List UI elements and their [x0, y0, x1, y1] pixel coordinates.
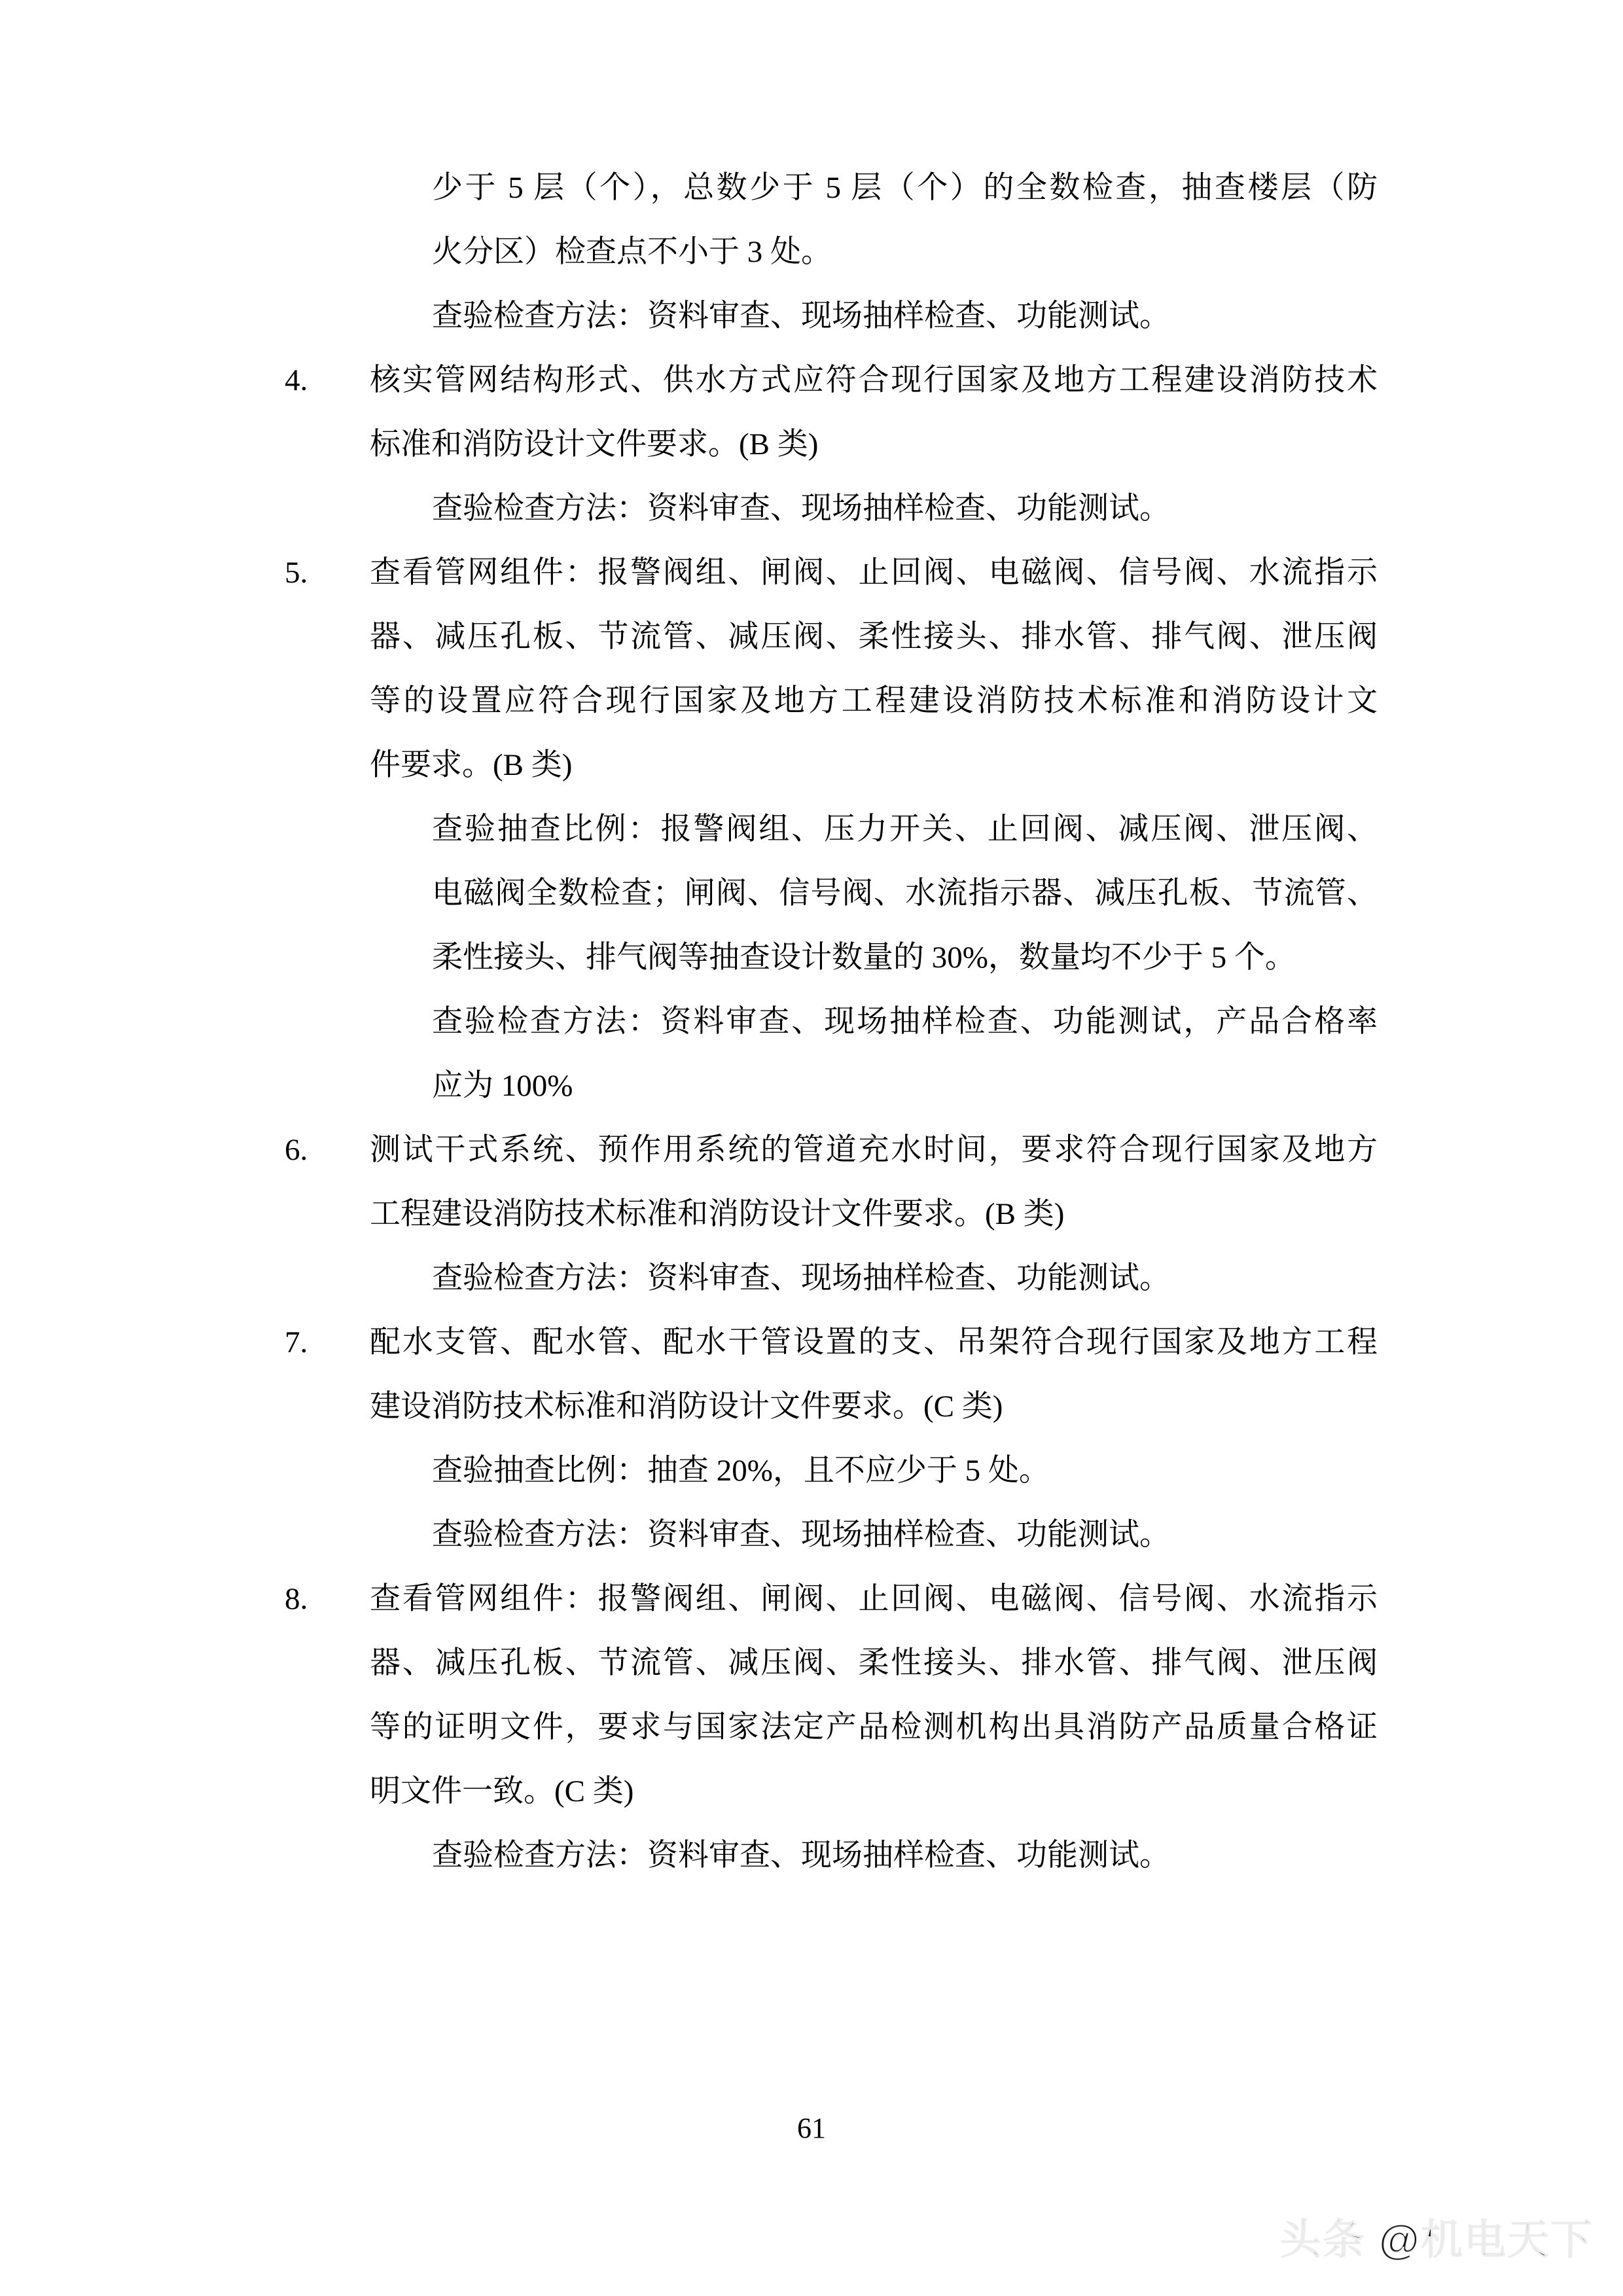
- page-number: 61: [0, 2109, 1623, 2148]
- list-item-4: 4.核实管网结构形式、供水方式应符合现行国家及地方工程建设消防技术标准和消防设计…: [0, 348, 1623, 476]
- paragraph-lines: 查验抽查比例：抽查 20%，且不应少于 5 处。: [432, 1439, 1378, 1503]
- text-line: 等的证明文件，要求与国家法定产品检测机构出具消防产品质量合格证: [370, 1695, 1378, 1759]
- watermark-text: 头条 @机电天下: [1279, 2214, 1594, 2266]
- inspection-method: 查验检查方法：资料审查、现场抽样检查、功能测试。: [0, 1246, 1623, 1310]
- sampling-ratio: 查验抽查比例：报警阀组、压力开关、止回阀、减压阀、泄压阀、电磁阀全数检查；闸阀、…: [0, 797, 1623, 990]
- inspection-method: 查验检查方法：资料审查、现场抽样检查、功能测试，产品合格率应为 100%: [0, 990, 1623, 1118]
- list-item-6: 6.测试干式系统、预作用系统的管道充水时间，要求符合现行国家及地方工程建设消防技…: [0, 1118, 1623, 1246]
- text-line: 查验抽查比例：抽查 20%，且不应少于 5 处。: [432, 1439, 1378, 1503]
- inspection-method: 查验检查方法：资料审查、现场抽样检查、功能测试。: [0, 1823, 1623, 1888]
- text-line: 明文件一致。(C 类): [370, 1759, 1378, 1823]
- text-line: 件要求。(B 类): [370, 733, 1378, 797]
- text-line: 查看管网组件：报警阀组、闸阀、止回阀、电磁阀、信号阀、水流指示: [370, 1567, 1378, 1631]
- paragraph-lines: 查验检查方法：资料审查、现场抽样检查、功能测试。: [432, 1503, 1378, 1567]
- text-line: 器、减压孔板、节流管、减压阀、柔性接头、排水管、排气阀、泄压阀: [370, 605, 1378, 669]
- text-line: 查验检查方法：资料审查、现场抽样检查、功能测试。: [432, 476, 1378, 541]
- item-number: 8.: [285, 1567, 308, 1631]
- paragraph-lines: 查看管网组件：报警阀组、闸阀、止回阀、电磁阀、信号阀、水流指示器、减压孔板、节流…: [370, 1567, 1378, 1823]
- list-item-5: 5.查看管网组件：报警阀组、闸阀、止回阀、电磁阀、信号阀、水流指示器、减压孔板、…: [0, 541, 1623, 797]
- text-line: 查验检查方法：资料审查、现场抽样检查、功能测试。: [432, 284, 1378, 348]
- paragraph-lines: 查验检查方法：资料审查、现场抽样检查、功能测试。: [432, 1246, 1378, 1310]
- text-line: 等的设置应符合现行国家及地方工程建设消防技术标准和消防设计文: [370, 669, 1378, 733]
- item-number: 6.: [285, 1118, 308, 1182]
- document-page: 少于 5 层（个），总数少于 5 层（个）的全数检查，抽查楼层（防火分区）检查点…: [0, 0, 1623, 2296]
- text-line: 查看管网组件：报警阀组、闸阀、止回阀、电磁阀、信号阀、水流指示: [370, 541, 1378, 605]
- text-line: 少于 5 层（个），总数少于 5 层（个）的全数检查，抽查楼层（防: [432, 156, 1378, 220]
- paragraph-lines: 查验检查方法：资料审查、现场抽样检查、功能测试，产品合格率应为 100%: [432, 990, 1378, 1118]
- paragraph-lines: 查看管网组件：报警阀组、闸阀、止回阀、电磁阀、信号阀、水流指示器、减压孔板、节流…: [370, 541, 1378, 797]
- text-line: 柔性接头、排气阀等抽查设计数量的 30%，数量均不少于 5 个。: [432, 925, 1378, 990]
- sampling-ratio: 查验抽查比例：抽查 20%，且不应少于 5 处。: [0, 1439, 1623, 1503]
- inspection-method: 查验检查方法：资料审查、现场抽样检查、功能测试。: [0, 1503, 1623, 1567]
- text-line: 电磁阀全数检查；闸阀、信号阀、水流指示器、减压孔板、节流管、: [432, 861, 1378, 925]
- text-line: 应为 100%: [432, 1054, 1378, 1118]
- text-line: 查验检查方法：资料审查、现场抽样检查、功能测试。: [432, 1246, 1378, 1310]
- paragraph-lines: 查验检查方法：资料审查、现场抽样检查、功能测试。: [432, 284, 1378, 348]
- paragraph-lines: 查验抽查比例：报警阀组、压力开关、止回阀、减压阀、泄压阀、电磁阀全数检查；闸阀、…: [432, 797, 1378, 990]
- text-line: 火分区）检查点不小于 3 处。: [432, 220, 1378, 284]
- text-line: 查验检查方法：资料审查、现场抽样检查、功能测试，产品合格率: [432, 990, 1378, 1054]
- text-line: 查验抽查比例：报警阀组、压力开关、止回阀、减压阀、泄压阀、: [432, 797, 1378, 861]
- text-line: 工程建设消防技术标准和消防设计文件要求。(B 类): [370, 1182, 1378, 1246]
- text-line: 标准和消防设计文件要求。(B 类): [370, 412, 1378, 476]
- list-item-8: 8.查看管网组件：报警阀组、闸阀、止回阀、电磁阀、信号阀、水流指示器、减压孔板、…: [0, 1567, 1623, 1823]
- inspection-method: 查验检查方法：资料审查、现场抽样检查、功能测试。: [0, 476, 1623, 541]
- text-line: 核实管网结构形式、供水方式应符合现行国家及地方工程建设消防技术: [370, 348, 1378, 412]
- item-number: 4.: [285, 348, 308, 412]
- text-line: 测试干式系统、预作用系统的管道充水时间，要求符合现行国家及地方: [370, 1118, 1378, 1182]
- text-line: 器、减压孔板、节流管、减压阀、柔性接头、排水管、排气阀、泄压阀: [370, 1631, 1378, 1695]
- text-line: 查验检查方法：资料审查、现场抽样检查、功能测试。: [432, 1823, 1378, 1888]
- sub-clause-continuation: 少于 5 层（个），总数少于 5 层（个）的全数检查，抽查楼层（防火分区）检查点…: [0, 156, 1623, 284]
- paragraph-lines: 测试干式系统、预作用系统的管道充水时间，要求符合现行国家及地方工程建设消防技术标…: [370, 1118, 1378, 1246]
- item-number: 7.: [285, 1310, 308, 1374]
- list-item-7: 7.配水支管、配水管、配水干管设置的支、吊架符合现行国家及地方工程建设消防技术标…: [0, 1310, 1623, 1439]
- paragraph-lines: 查验检查方法：资料审查、现场抽样检查、功能测试。: [432, 476, 1378, 541]
- paragraph-lines: 少于 5 层（个），总数少于 5 层（个）的全数检查，抽查楼层（防火分区）检查点…: [432, 156, 1378, 284]
- item-number: 5.: [285, 541, 308, 605]
- paragraph-lines: 查验检查方法：资料审查、现场抽样检查、功能测试。: [432, 1823, 1378, 1888]
- text-line: 查验检查方法：资料审查、现场抽样检查、功能测试。: [432, 1503, 1378, 1567]
- paragraph-lines: 核实管网结构形式、供水方式应符合现行国家及地方工程建设消防技术标准和消防设计文件…: [370, 348, 1378, 476]
- text-line: 配水支管、配水管、配水干管设置的支、吊架符合现行国家及地方工程: [370, 1310, 1378, 1374]
- paragraph-lines: 配水支管、配水管、配水干管设置的支、吊架符合现行国家及地方工程建设消防技术标准和…: [370, 1310, 1378, 1439]
- document-body: 少于 5 层（个），总数少于 5 层（个）的全数检查，抽查楼层（防火分区）检查点…: [0, 156, 1623, 1888]
- inspection-method: 查验检查方法：资料审查、现场抽样检查、功能测试。: [0, 284, 1623, 348]
- text-line: 建设消防技术标准和消防设计文件要求。(C 类): [370, 1374, 1378, 1439]
